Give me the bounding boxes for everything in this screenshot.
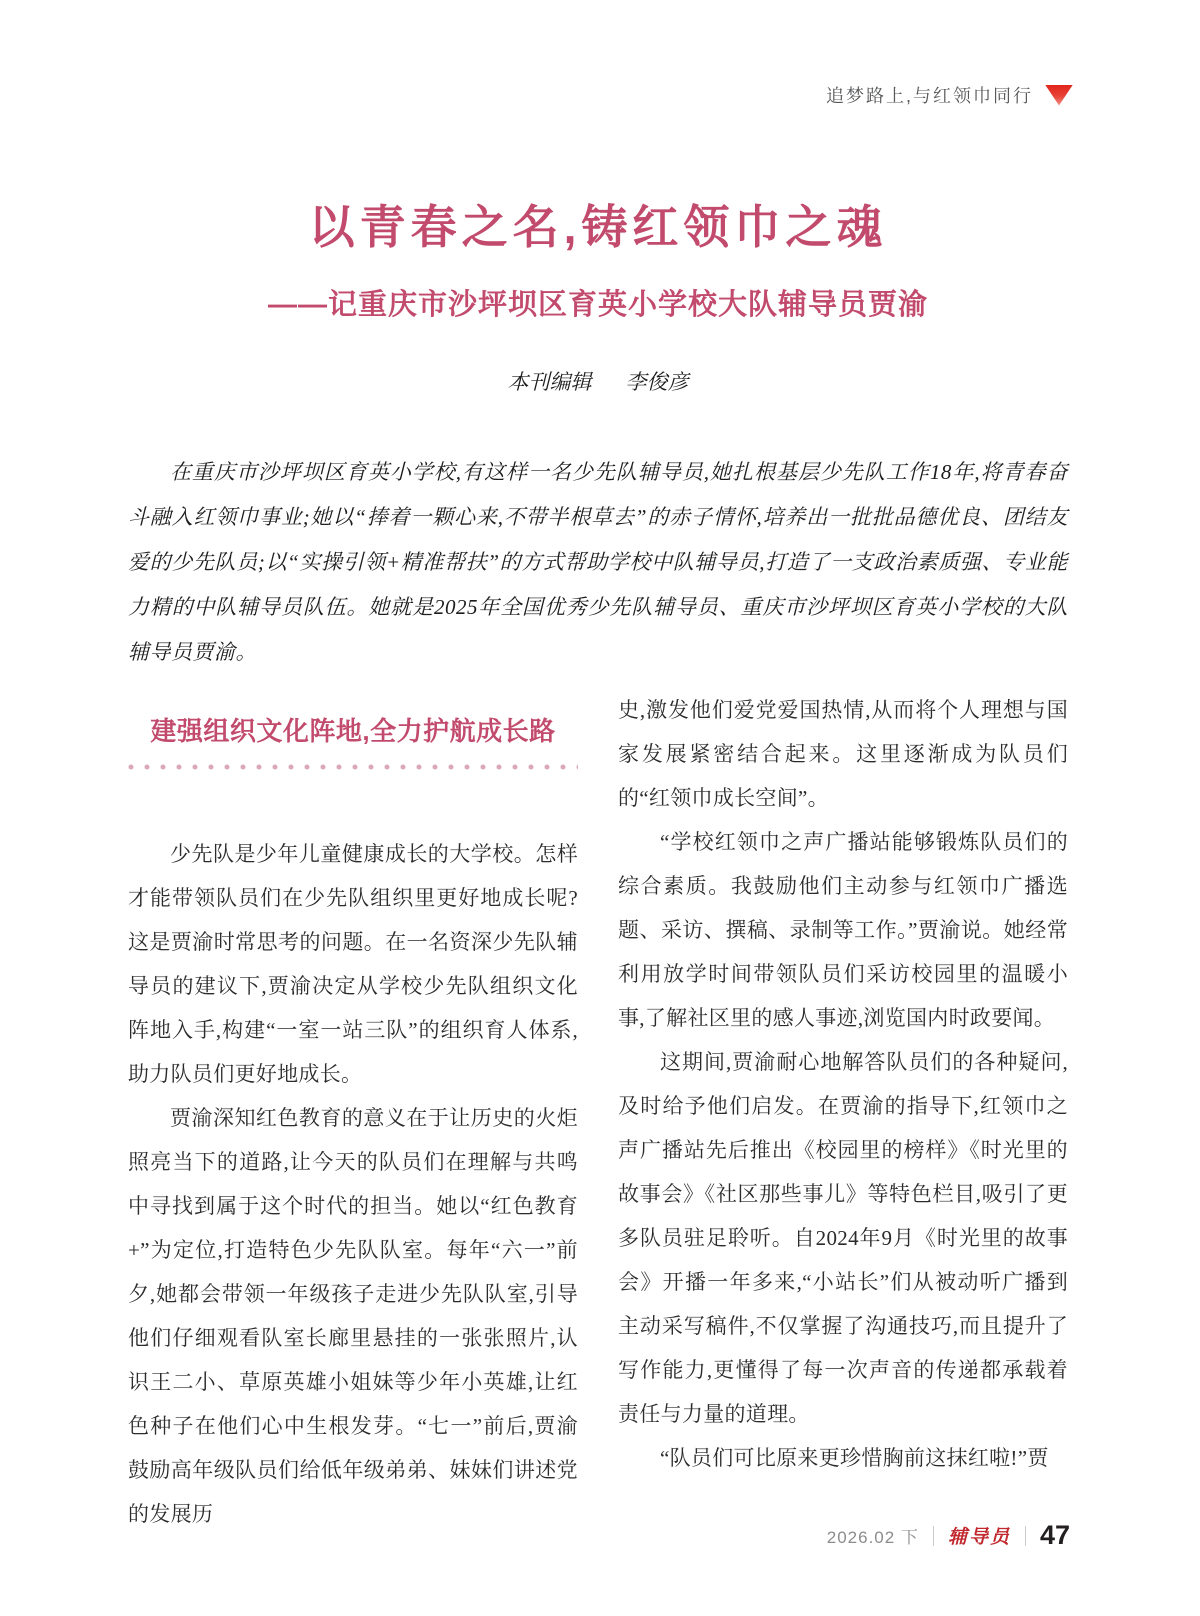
byline-role: 本刊编辑 <box>508 370 592 394</box>
issue-label: 2026.02 下 <box>827 1523 919 1548</box>
paragraph: 贾渝深知红色教育的意义在于让历史的火炬照亮当下的道路,让今天的队员们在理解与共鸣… <box>128 1096 578 1536</box>
title-block: 以青春之名,铸红领巾之魂 ——记重庆市沙坪坝区育英小学校大队辅导员贾渝 <box>128 198 1068 323</box>
page-footer: 2026.02 下 辅导员 47 <box>827 1520 1070 1551</box>
section-heading: 建强组织文化阵地,全力护航成长路 <box>128 712 578 750</box>
paragraph: 少先队是少年儿童健康成长的大学校。怎样才能带领队员们在少先队组织里更好地成长呢?… <box>128 832 578 1096</box>
magazine-page: 追梦路上,与红领巾同行 以青春之名,铸红领巾之魂 ——记重庆市沙坪坝区育英小学校… <box>0 0 1200 1616</box>
dotted-divider <box>128 764 578 770</box>
left-column-text: 少先队是少年儿童健康成长的大学校。怎样才能带领队员们在少先队组织里更好地成长呢?… <box>128 832 578 1536</box>
article-subtitle: ——记重庆市沙坪坝区育英小学校大队辅导员贾渝 <box>128 282 1068 323</box>
article-columns: 建强组织文化阵地,全力护航成长路 少先队是少年儿童健康成长的大学校。怎样才能带领… <box>128 688 1068 1536</box>
byline-name: 李俊彦 <box>626 370 689 394</box>
byline: 本刊编辑李俊彦 <box>128 366 1068 396</box>
right-column-text: 史,激发他们爱党爱国热情,从而将个人理想与国家发展紧密结合起来。这里逐渐成为队员… <box>618 688 1068 1480</box>
paragraph: “队员们可比原来更珍惜胸前这抹红啦!”贾 <box>618 1436 1068 1480</box>
paragraph: “学校红领巾之声广播站能够锻炼队员们的综合素质。我鼓励他们主动参与红领巾广播选题… <box>618 820 1068 1040</box>
header-slogan: 追梦路上,与红领巾同行 <box>826 82 1033 108</box>
page-number: 47 <box>1040 1520 1070 1551</box>
paragraph: 这期间,贾渝耐心地解答队员们的各种疑问,及时给予他们启发。在贾渝的指导下,红领巾… <box>618 1040 1068 1436</box>
journal-logo: 辅导员 <box>948 1522 1011 1549</box>
left-column: 建强组织文化阵地,全力护航成长路 少先队是少年儿童健康成长的大学校。怎样才能带领… <box>128 688 578 1536</box>
article-title: 以青春之名,铸红领巾之魂 <box>128 198 1068 256</box>
footer-divider <box>933 1526 934 1546</box>
paragraph: 史,激发他们爱党爱国热情,从而将个人理想与国家发展紧密结合起来。这里逐渐成为队员… <box>618 688 1068 820</box>
footer-divider <box>1025 1526 1026 1546</box>
intro-paragraph: 在重庆市沙坪坝区育英小学校,有这样一名少先队辅导员,她扎根基层少先队工作18年,… <box>128 450 1068 675</box>
right-column: 史,激发他们爱党爱国热情,从而将个人理想与国家发展紧密结合起来。这里逐渐成为队员… <box>618 688 1068 1536</box>
red-triangle-icon <box>1045 85 1073 106</box>
running-header: 追梦路上,与红领巾同行 <box>826 82 1073 108</box>
